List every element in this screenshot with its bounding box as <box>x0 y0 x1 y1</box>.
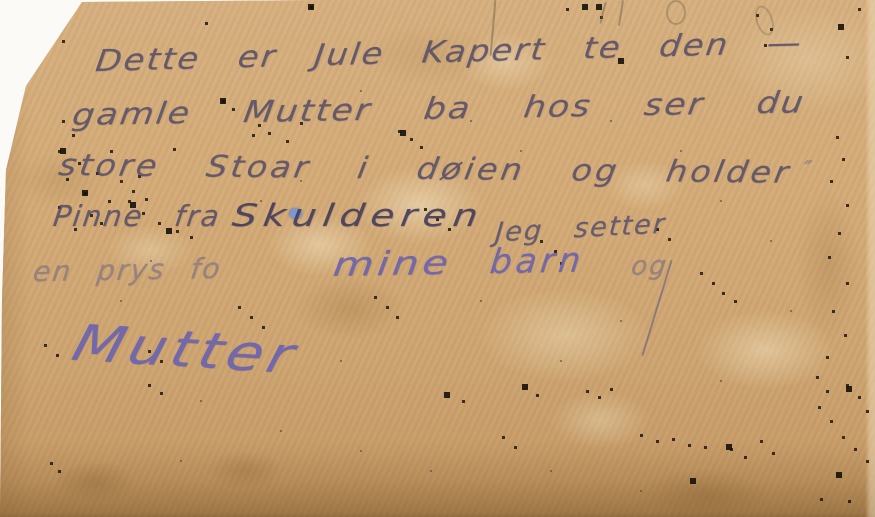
handwriting-text: Pinne fra <box>51 199 223 233</box>
pencil-mark <box>599 2 606 24</box>
handwritten-line-1: Dette er Jule Kapert te den — <box>93 25 805 79</box>
handwriting-text: gamle Mutter ba hos ser du <box>70 85 808 133</box>
handwritten-line-4: Pinne fra Skulderen Jeg setter <box>51 198 670 234</box>
ink-speckles-fine <box>0 0 2 2</box>
handwriting-text: Skulderen <box>230 198 486 234</box>
handwriting-text: og <box>629 251 669 282</box>
handwriting-text: en prys fo <box>31 252 223 288</box>
ink-speckles-small <box>0 0 3 3</box>
handwriting-text: Mutter <box>66 314 305 385</box>
pencil-mark <box>618 0 624 26</box>
handwritten-line-2: gamle Mutter ba hos ser du <box>70 85 808 133</box>
handwritten-signature: Mutter <box>66 314 305 385</box>
handwriting-text: barn <box>488 240 587 282</box>
handwriting-tick-marks: ″ <box>801 156 816 180</box>
handwriting-text: Dette er Jule Kapert te den — <box>93 25 805 79</box>
scanned-card: Dette er Jule Kapert te den — gamle Mutt… <box>0 0 875 517</box>
handwritten-line-3: store Stoar i døien og holder ″ <box>56 148 816 191</box>
aged-paper-background: Dette er Jule Kapert te den — gamle Mutt… <box>0 0 875 517</box>
handwritten-line-5: en prys fo mine barn og <box>31 239 671 290</box>
handwriting-text: mine <box>331 243 454 284</box>
pencil-loop-mark <box>666 0 686 25</box>
ink-speckles-large <box>0 0 6 6</box>
handwriting-text: store Stoar i døien og holder <box>56 148 794 191</box>
